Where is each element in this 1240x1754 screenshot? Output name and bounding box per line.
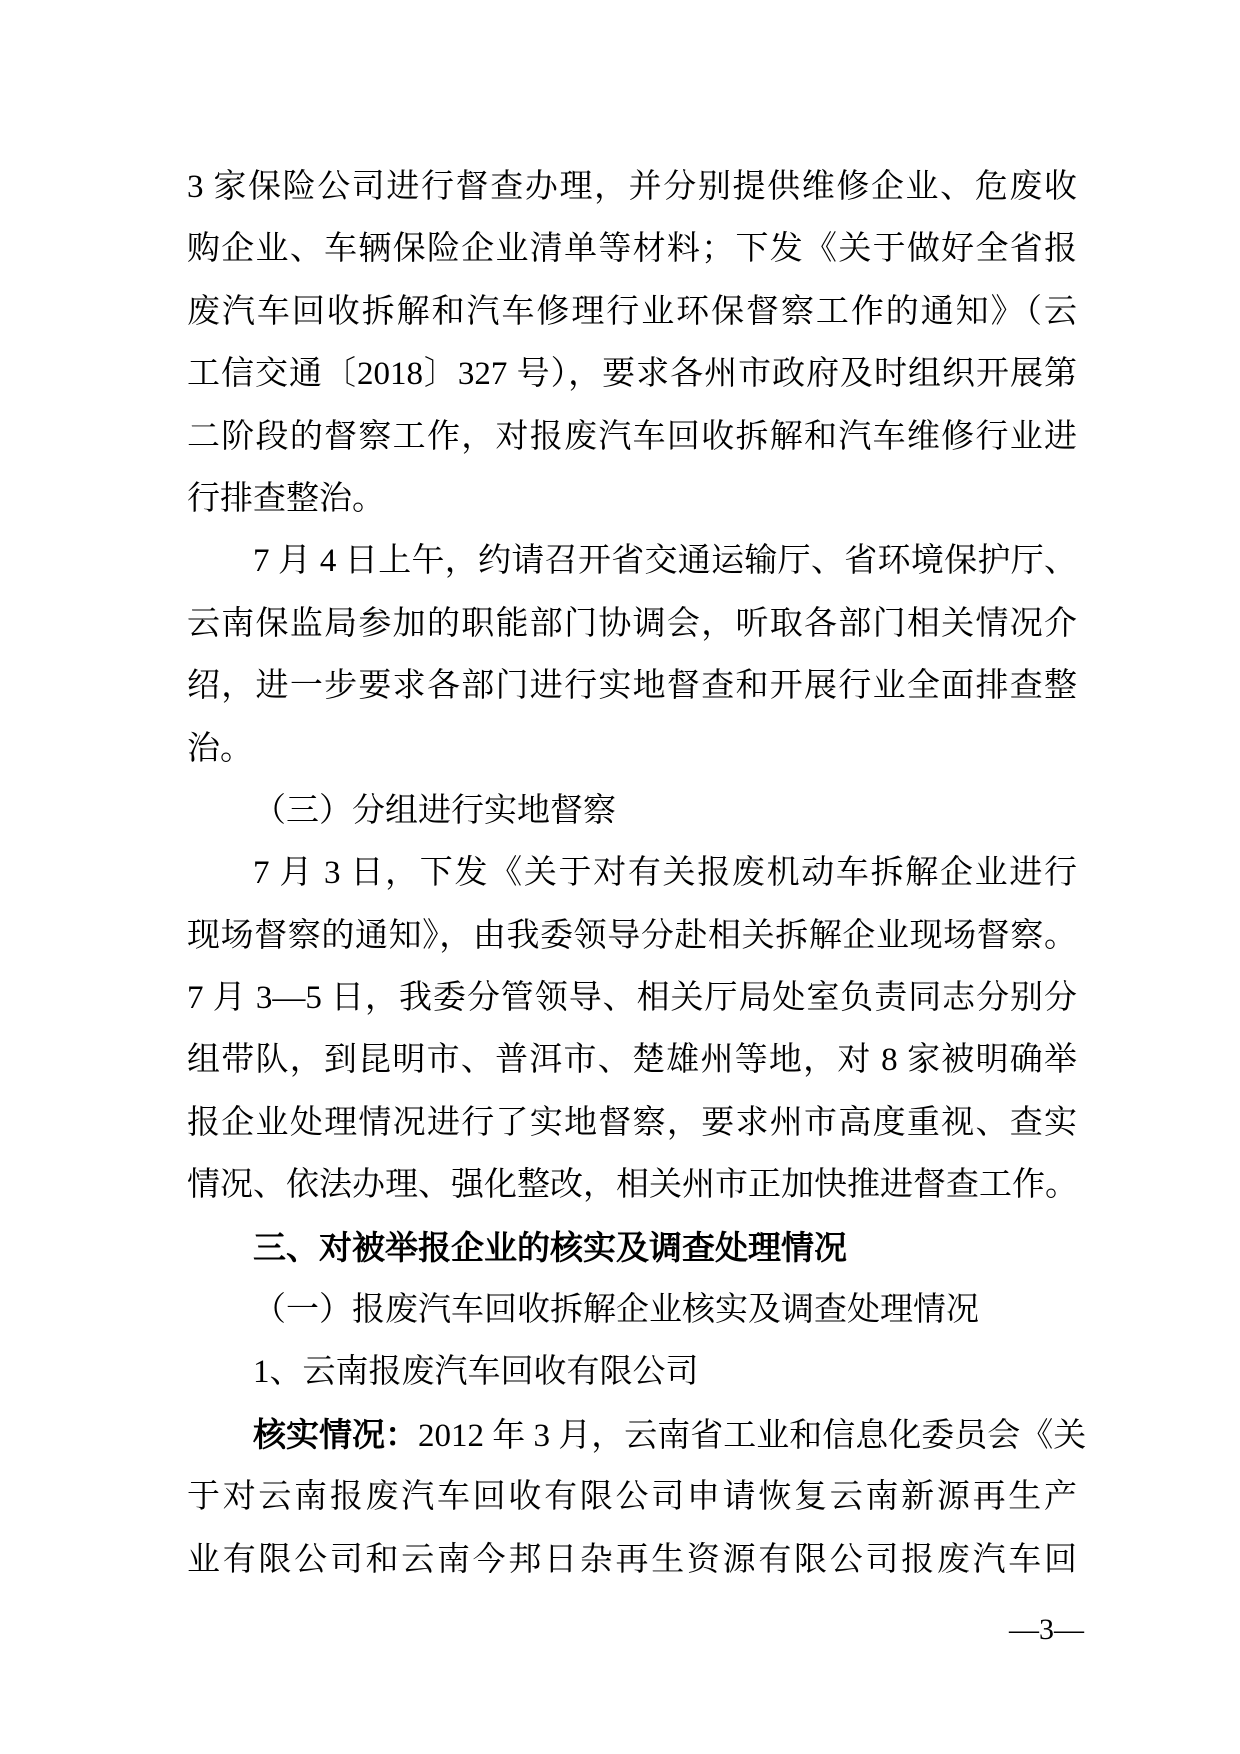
body-text-line: 7 月 3—5 日，我委分管领导、相关厅局处室负责同志分别分: [187, 967, 1077, 1029]
body-text-line: 7 月 4 日上午，约请召开省交通运输厅、省环境保护厅、: [187, 530, 1077, 592]
body-text-line: 购企业、车辆保险企业清单等材料；下发《关于做好全省报: [187, 218, 1077, 280]
document-body: 3 家保险公司进行督查办理，并分别提供维修企业、危废收 购企业、车辆保险企业清单…: [187, 156, 1077, 1591]
body-text-line: 工信交通〔2018〕327 号），要求各州市政府及时组织开展第: [187, 343, 1077, 405]
section-heading-level-2: （一）报废汽车回收拆解企业核实及调查处理情况: [187, 1279, 1077, 1341]
body-text-line: 报企业处理情况进行了实地督察，要求州市高度重视、查实: [187, 1092, 1077, 1154]
body-text-line: 3 家保险公司进行督查办理，并分别提供维修企业、危废收: [187, 156, 1077, 218]
bold-lead-in-label: 核实情况：: [253, 1416, 418, 1453]
body-text-line: 于对云南报废汽车回收有限公司申请恢复云南新源再生产: [187, 1466, 1077, 1528]
body-text-line: 现场督察的通知》，由我委领导分赴相关拆解企业现场督察。: [187, 905, 1077, 967]
body-text-line: 云南保监局参加的职能部门协调会，听取各部门相关情况介: [187, 593, 1077, 655]
body-text-line: 组带队，到昆明市、普洱市、楚雄州等地，对 8 家被明确举: [187, 1029, 1077, 1091]
body-text-line: 核实情况：2012 年 3 月，云南省工业和信息化委员会《关: [187, 1404, 1077, 1466]
body-text-line: 二阶段的督察工作，对报废汽车回收拆解和汽车维修行业进: [187, 406, 1077, 468]
section-heading-level-1: 三、对被举报企业的核实及调查处理情况: [187, 1217, 1077, 1279]
body-text-line: 治。: [187, 718, 1077, 780]
page-number: —3—: [1009, 1608, 1084, 1652]
body-text-line: 行排查整治。: [187, 468, 1077, 530]
body-text-segment: 2012 年 3 月，云南省工业和信息化委员会《关: [418, 1418, 1086, 1454]
list-item-heading: 1、云南报废汽车回收有限公司: [187, 1341, 1077, 1403]
body-text-line: 业有限公司和云南今邦日杂再生资源有限公司报废汽车回: [187, 1529, 1077, 1591]
document-page: 3 家保险公司进行督查办理，并分别提供维修企业、危废收 购企业、车辆保险企业清单…: [0, 0, 1240, 1754]
body-text-line: 7 月 3 日，下发《关于对有关报废机动车拆解企业进行: [187, 842, 1077, 904]
body-text-line: 绍，进一步要求各部门进行实地督查和开展行业全面排查整: [187, 655, 1077, 717]
body-text-line: 废汽车回收拆解和汽车修理行业环保督察工作的通知》（云: [187, 281, 1077, 343]
body-text-line: 情况、依法办理、强化整改，相关州市正加快推进督查工作。: [187, 1154, 1077, 1216]
section-heading-level-2: （三）分组进行实地督察: [187, 780, 1077, 842]
